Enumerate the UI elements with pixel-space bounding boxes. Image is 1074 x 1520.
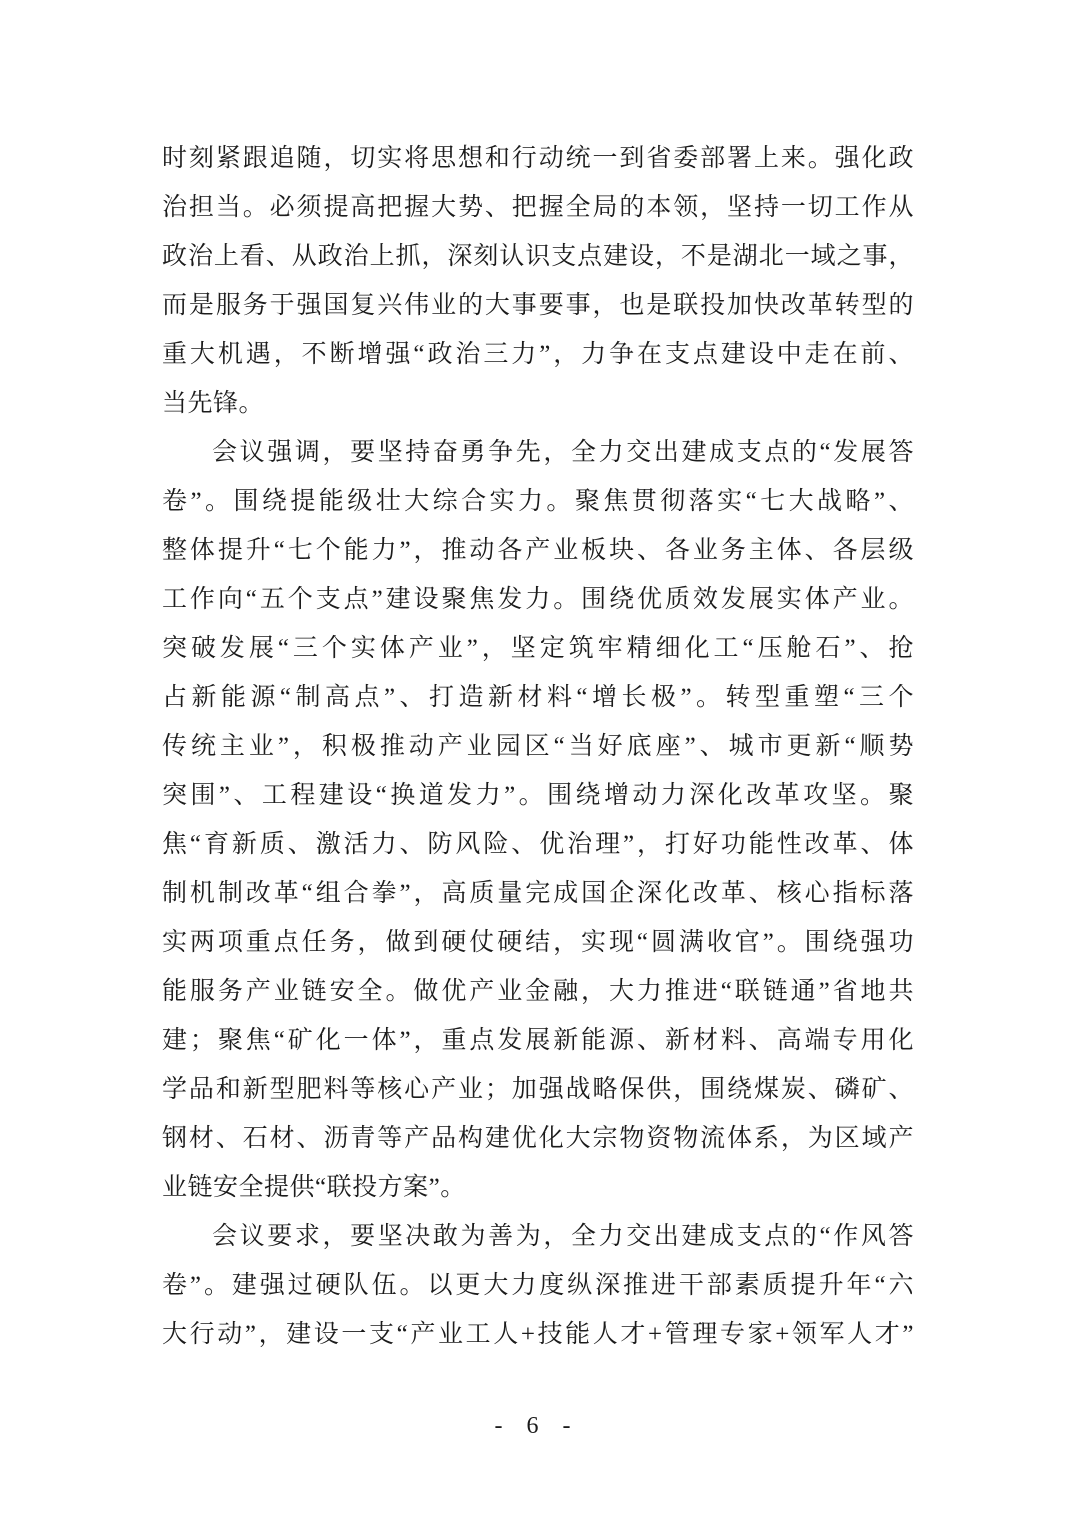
text-line: 卷”。围绕提能级壮大综合实力。聚焦贯彻落实“七大战略”、	[162, 477, 914, 526]
text-line: 会议强调，要坚持奋勇争先，全力交出建成支点的“发展答	[162, 428, 914, 477]
text-line: 而是服务于强国复兴伟业的大事要事，也是联投加快改革转型的	[162, 281, 914, 330]
text-line: 突围”、工程建设“换道发力”。围绕增动力深化改革攻坚。聚	[162, 771, 914, 820]
text-line: 治担当。必须提高把握大势、把握全局的本领，坚持一切工作从	[162, 183, 914, 232]
text-line: 政治上看、从政治上抓，深刻认识支点建设，不是湖北一域之事，	[162, 232, 914, 281]
paragraph-3: 会议要求，要坚决敢为善为，全力交出建成支点的“作风答 卷”。建强过硬队伍。以更大…	[162, 1212, 914, 1359]
text-line: 占新能源“制高点”、打造新材料“增长极”。转型重塑“三个	[162, 673, 914, 722]
text-line: 卷”。建强过硬队伍。以更大力度纵深推进干部素质提升年“六	[162, 1261, 914, 1310]
text-line: 制机制改革“组合拳”，高质量完成国企深化改革、核心指标落	[162, 869, 914, 918]
paragraph-1: 时刻紧跟追随，切实将思想和行动统一到省委部署上来。强化政 治担当。必须提高把握大…	[162, 134, 914, 428]
document-text-body: 时刻紧跟追随，切实将思想和行动统一到省委部署上来。强化政 治担当。必须提高把握大…	[162, 134, 914, 1359]
text-line: 工作向“五个支点”建设聚焦发力。围绕优质效发展实体产业。	[162, 575, 914, 624]
text-line: 会议要求，要坚决敢为善为，全力交出建成支点的“作风答	[162, 1212, 914, 1261]
text-line: 突破发展“三个实体产业”，坚定筑牢精细化工“压舱石”、抢	[162, 624, 914, 673]
text-line: 学品和新型肥料等核心产业；加强战略保供，围绕煤炭、磷矿、	[162, 1065, 914, 1114]
text-line: 当先锋。	[162, 379, 914, 428]
text-line: 建；聚焦“矿化一体”，重点发展新能源、新材料、高端专用化	[162, 1016, 914, 1065]
text-line: 大行动”，建设一支“产业工人+技能人才+管理专家+领军人才”	[162, 1310, 914, 1359]
text-line: 业链安全提供“联投方案”。	[162, 1163, 914, 1212]
page-number: - 6 -	[0, 1408, 1074, 1444]
text-line: 传统主业”，积极推动产业园区“当好底座”、城市更新“顺势	[162, 722, 914, 771]
text-line: 能服务产业链安全。做优产业金融，大力推进“联链通”省地共	[162, 967, 914, 1016]
text-line: 焦“育新质、激活力、防风险、优治理”，打好功能性改革、体	[162, 820, 914, 869]
text-line: 实两项重点任务，做到硬仗硬结，实现“圆满收官”。围绕强功	[162, 918, 914, 967]
document-page: 时刻紧跟追随，切实将思想和行动统一到省委部署上来。强化政 治担当。必须提高把握大…	[0, 0, 1074, 1520]
text-line: 整体提升“七个能力”，推动各产业板块、各业务主体、各层级	[162, 526, 914, 575]
text-line: 时刻紧跟追随，切实将思想和行动统一到省委部署上来。强化政	[162, 134, 914, 183]
text-line: 重大机遇，不断增强“政治三力”，力争在支点建设中走在前、	[162, 330, 914, 379]
paragraph-2: 会议强调，要坚持奋勇争先，全力交出建成支点的“发展答 卷”。围绕提能级壮大综合实…	[162, 428, 914, 1212]
text-line: 钢材、石材、沥青等产品构建优化大宗物资物流体系，为区域产	[162, 1114, 914, 1163]
